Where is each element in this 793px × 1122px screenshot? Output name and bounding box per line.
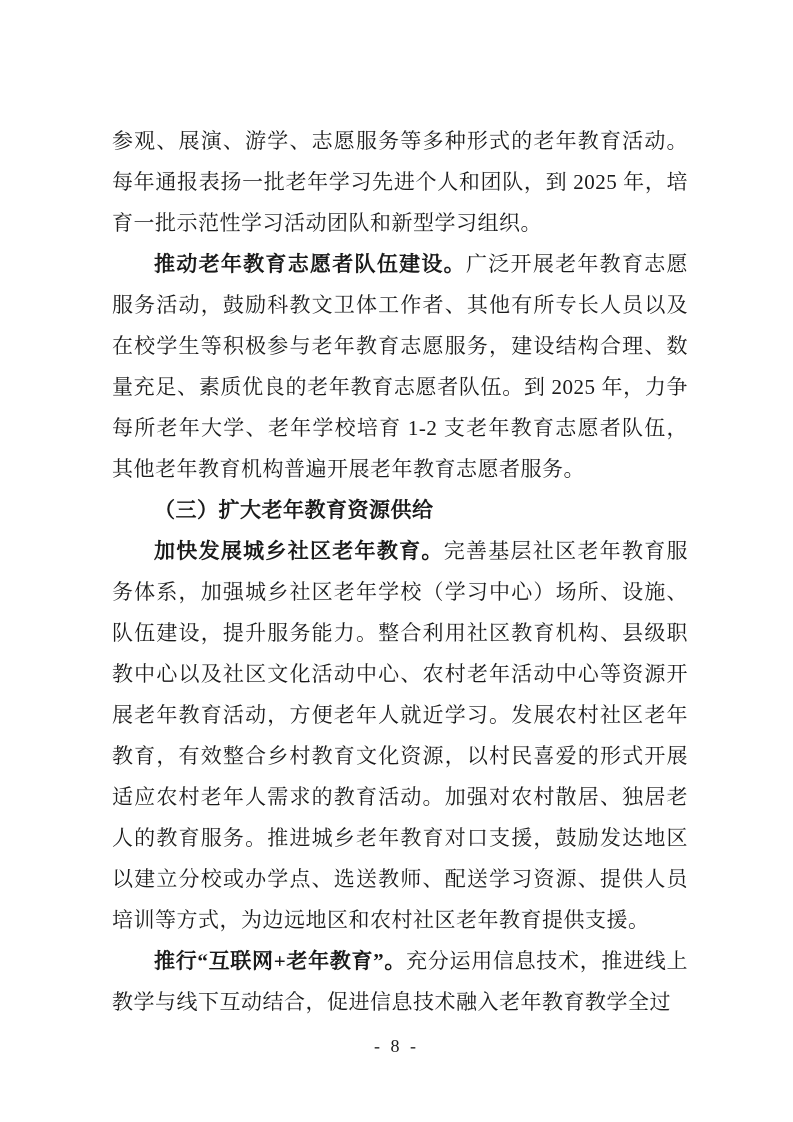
- paragraph-text: 参观、展演、游学、志愿服务等多种形式的老年教育活动。每年通报表扬一批老年学习先进…: [112, 129, 688, 235]
- paragraph-lead: 推动老年教育志愿者队伍建设。: [154, 252, 466, 276]
- page-number: - 8 -: [0, 1034, 793, 1058]
- page-background: 参观、展演、游学、志愿服务等多种形式的老年教育活动。每年通报表扬一批老年学习先进…: [0, 0, 793, 1122]
- section-heading-text: （三）扩大老年教育资源供给: [154, 498, 434, 522]
- section-heading: （三）扩大老年教育资源供给: [112, 490, 688, 531]
- paragraph-volunteer-teams: 推动老年教育志愿者队伍建设。广泛开展老年教育志愿服务活动，鼓励科教文卫体工作者、…: [112, 244, 688, 490]
- document-page: { "page": { "background": "#ffffff", "te…: [0, 0, 793, 1122]
- paragraph-text: 广泛开展老年教育志愿服务活动，鼓励科教文卫体工作者、其他有所专长人员以及在校学生…: [112, 252, 688, 481]
- document-body: 参观、展演、游学、志愿服务等多种形式的老年教育活动。每年通报表扬一批老年学习先进…: [112, 121, 688, 1023]
- paragraph-lead: 加快发展城乡社区老年教育。: [154, 539, 444, 563]
- paragraph-continuation: 参观、展演、游学、志愿服务等多种形式的老年教育活动。每年通报表扬一批老年学习先进…: [112, 121, 688, 244]
- paragraph-lead: 推行“互联网+老年教育”。: [154, 949, 406, 973]
- paragraph-internet-plus: 推行“互联网+老年教育”。充分运用信息技术，推进线上教学与线下互动结合，促进信息…: [112, 941, 688, 1023]
- paragraph-community-education: 加快发展城乡社区老年教育。完善基层社区老年教育服务体系，加强城乡社区老年学校（学…: [112, 531, 688, 941]
- paragraph-text: 完善基层社区老年教育服务体系，加强城乡社区老年学校（学习中心）场所、设施、队伍建…: [112, 539, 688, 932]
